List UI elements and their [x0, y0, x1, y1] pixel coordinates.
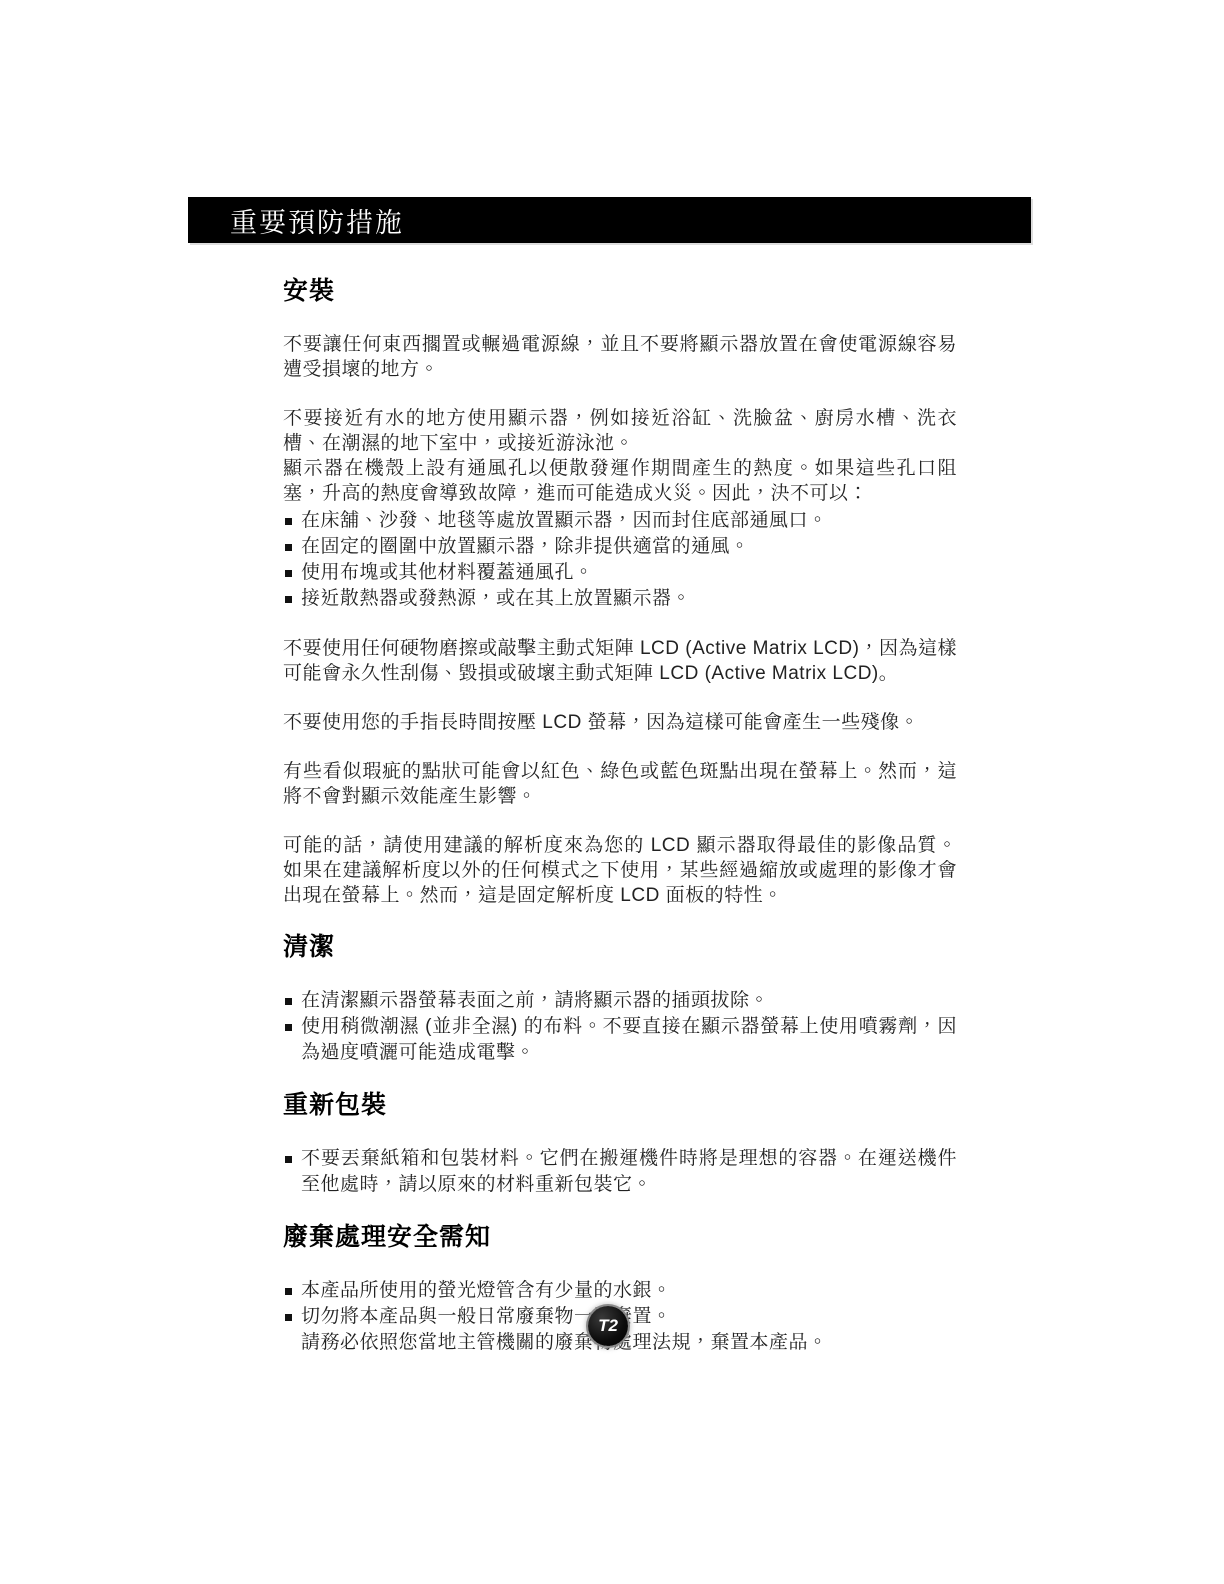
bullet-item: 接近散熱器或發熱源，或在其上放置顯示器。 — [283, 586, 957, 612]
bullet-square-icon — [285, 1314, 292, 1321]
bullet-text: 在床舖、沙發、地毯等處放置顯示器，因而封住底部通風口。 — [301, 508, 828, 534]
paragraph: 不要使用任何硬物磨擦或敲擊主動式矩陣 LCD (Active Matrix LC… — [283, 636, 957, 686]
bullet-text: 使用稍微潮濕 (並非全濕) 的布料。不要直接在顯示器螢幕上使用噴霧劑，因為過度噴… — [301, 1014, 957, 1066]
bullet-text: 接近散熱器或發熱源，或在其上放置顯示器。 — [301, 586, 691, 612]
page-number: T2 — [598, 1316, 618, 1336]
bullet-text: 切勿將本產品與一般日常廢棄物一同棄置。 請務必依照您當地主管機關的廢棄物處理法規… — [301, 1304, 828, 1356]
bullet-square-icon — [285, 1288, 292, 1295]
bullet-text: 不要丟棄紙箱和包裝材料。它們在搬運機件時將是理想的容器。在運送機件至他處時，請以… — [301, 1146, 957, 1198]
bullet-item: 在固定的圈圍中放置顯示器，除非提供適當的通風。 — [283, 534, 957, 560]
section-heading-disposal: 廢棄處理安全需知 — [283, 1222, 957, 1252]
bullet-square-icon — [285, 1156, 292, 1163]
bullet-square-icon — [285, 518, 292, 525]
bullet-text: 在清潔顯示器螢幕表面之前，請將顯示器的插頭拔除。 — [301, 988, 769, 1014]
bullet-item: 本產品所使用的螢光燈管含有少量的水銀。 — [283, 1278, 957, 1304]
paragraph: 不要接近有水的地方使用顯示器，例如接近浴缸、洗臉盆、廚房水槽、洗衣槽、在潮濕的地… — [283, 406, 957, 506]
bullet-text: 本產品所使用的螢光燈管含有少量的水銀。 — [301, 1278, 672, 1304]
bullet-square-icon — [285, 596, 292, 603]
bullet-item: 在床舖、沙發、地毯等處放置顯示器，因而封住底部通風口。 — [283, 508, 957, 534]
paragraph: 不要使用您的手指長時間按壓 LCD 螢幕，因為這樣可能會產生一些殘像。 — [283, 710, 957, 735]
bullet-item: 使用稍微潮濕 (並非全濕) 的布料。不要直接在顯示器螢幕上使用噴霧劑，因為過度噴… — [283, 1014, 957, 1066]
repacking-bullet-list: 不要丟棄紙箱和包裝材料。它們在搬運機件時將是理想的容器。在運送機件至他處時，請以… — [283, 1146, 957, 1198]
content: 安裝 不要讓任何東西擱置或輾過電源線，並且不要將顯示器放置在會使電源線容易遭受損… — [283, 276, 957, 1380]
header-bar: 重要預防措施 — [188, 197, 1031, 243]
installation-bullet-list: 在床舖、沙發、地毯等處放置顯示器，因而封住底部通風口。 在固定的圈圍中放置顯示器… — [283, 508, 957, 612]
bullet-item: 使用布塊或其他材料覆蓋通風孔。 — [283, 560, 957, 586]
section-heading-cleaning: 清潔 — [283, 932, 957, 962]
bullet-text: 在固定的圈圍中放置顯示器，除非提供適當的通風。 — [301, 534, 750, 560]
bullet-square-icon — [285, 544, 292, 551]
page-title: 重要預防措施 — [188, 201, 404, 240]
section-heading-installation: 安裝 — [283, 276, 957, 306]
bullet-item: 在清潔顯示器螢幕表面之前，請將顯示器的插頭拔除。 — [283, 988, 957, 1014]
bullet-square-icon — [285, 998, 292, 1005]
paragraph: 可能的話，請使用建議的解析度來為您的 LCD 顯示器取得最佳的影像品質。如果在建… — [283, 833, 957, 908]
bullet-square-icon — [285, 1024, 292, 1031]
cleaning-bullet-list: 在清潔顯示器螢幕表面之前，請將顯示器的插頭拔除。 使用稍微潮濕 (並非全濕) 的… — [283, 988, 957, 1066]
manual-page: 重要預防措施 安裝 不要讓任何東西擱置或輾過電源線，並且不要將顯示器放置在會使電… — [0, 0, 1224, 1584]
bullet-item: 不要丟棄紙箱和包裝材料。它們在搬運機件時將是理想的容器。在運送機件至他處時，請以… — [283, 1146, 957, 1198]
bullet-square-icon — [285, 570, 292, 577]
paragraph: 有些看似瑕疵的點狀可能會以紅色、綠色或藍色斑點出現在螢幕上。然而，這將不會對顯示… — [283, 759, 957, 809]
bullet-text: 使用布塊或其他材料覆蓋通風孔。 — [301, 560, 594, 586]
section-heading-repacking: 重新包裝 — [283, 1090, 957, 1120]
paragraph: 不要讓任何東西擱置或輾過電源線，並且不要將顯示器放置在會使電源線容易遭受損壞的地… — [283, 332, 957, 382]
page-number-badge: T2 — [588, 1306, 628, 1346]
